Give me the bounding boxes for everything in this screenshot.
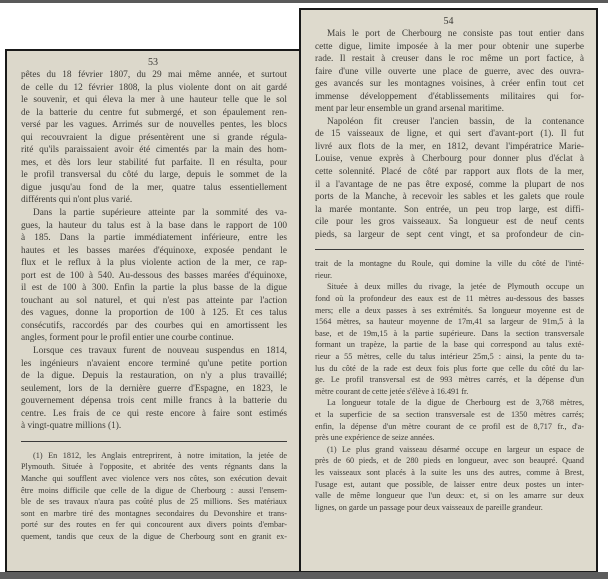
left-page: 53 pêtes du 18 février 1807, du 29 mai m…	[5, 49, 301, 573]
footnote-line: formant un trapèze, la partie de la base…	[315, 339, 584, 351]
text-line: cette digue, limite imposée à la mer pou…	[315, 41, 584, 54]
text-line: à vingt-quatre millions (1).	[21, 420, 287, 433]
text-line: de la digue. Depuis la restauration, on …	[21, 370, 287, 383]
text-line: rade. Il restait à creuser dans le roc m…	[315, 53, 584, 66]
text-line: Louise, venue exprès à Cherbourg pour do…	[315, 153, 584, 166]
text-line: les ingénieurs n'avaient encore terminé …	[21, 358, 287, 371]
footnote-line: et la superficie de sa section transvers…	[315, 409, 584, 421]
text-line: de celle du 12 février 1808, la plus vio…	[21, 82, 287, 95]
text-line: gouvernement dépensa trois cent mille fr…	[21, 395, 287, 408]
footnote-line: valle de même longueur que l'un deux: et…	[315, 490, 584, 502]
text-line: port est de 100 à 540. Au-dessous des ba…	[21, 270, 287, 283]
text-line: touchant au sol naturel, et qui n'est pa…	[21, 295, 287, 308]
footnote-line: Plymouth. Située à l'opposite, et abrité…	[21, 461, 287, 473]
page-number: 54	[301, 16, 596, 28]
footnote-line: mers; elle a deux passes à ses extrémité…	[315, 305, 584, 317]
text-line: Napoléon fit creuser l'ancien bassin, de…	[315, 116, 584, 129]
text-line: la marée montante. Son entrée, un peu tr…	[315, 204, 584, 217]
footnote-line: 1564 mètres, sa hauteur moyenne de 17m,4…	[315, 316, 584, 328]
text-line: il a l'avantage de ne pas être exposé, c…	[315, 179, 584, 192]
footnote-line: fond où la profondeur des eaux est de 11…	[315, 293, 584, 305]
text-line: pêtes du 18 février 1807, du 29 mai même…	[21, 69, 287, 82]
text-line: qui recouvraient la digue présentèrent u…	[21, 132, 287, 145]
text-line: versé par les vagues. Arrimés sur de nou…	[21, 119, 287, 132]
text-line: faire d'une ville ouverte une place de g…	[315, 66, 584, 79]
footnote-text: trait de la montagne du Roule, qui domin…	[301, 258, 596, 513]
text-line: de la batterie du centre fut submergé, e…	[21, 107, 287, 120]
footnote-line: (1) En 1812, les Anglais entreprirent, à…	[21, 450, 287, 462]
text-line: livré aux flots de la mer, en 1812, deva…	[315, 141, 584, 154]
footnote-line: base, et de 19m,15 à la partie supérieur…	[315, 328, 584, 340]
footnote-line: porté sur des routes en fer qui concoure…	[21, 519, 287, 531]
footnote-line: l'usage est, autant que possible, de lai…	[315, 479, 584, 491]
text-line: pieds, sa largeur de sept cent vingt, et…	[315, 229, 584, 242]
text-line: cile pour les gros vaisseaux. Sa longueu…	[315, 216, 584, 229]
text-line: il est de 100 à 300. Enfin la partie la …	[21, 282, 287, 295]
text-line: immense développement d'établissements m…	[315, 91, 584, 104]
footnote-line: rieur a 55 mètres, celle du talus intéri…	[315, 351, 584, 363]
text-line: ports de la Manche, à recevoir les sable…	[315, 191, 584, 204]
footnote-line: quement, tandis que ceux de la digue de …	[21, 531, 287, 543]
footnote-line: La longueur totale de la digue de Cherbo…	[315, 397, 584, 409]
footnote-line: ge. Le profil transversal est de 993 mèt…	[315, 374, 584, 386]
right-page: 54 Mais le port de Cherbourg ne consiste…	[299, 8, 598, 573]
text-line: consécutifs, raccordés par des courbes q…	[21, 320, 287, 333]
text-line: Lorsque ces travaux furent de nouveau su…	[21, 345, 287, 358]
footnote-line: sont en marbre tiré des montagnes second…	[21, 508, 287, 520]
text-line: digue jusqu'au fond de la mer, quatre ta…	[21, 182, 287, 195]
text-line: différents qui n'ont plus varié.	[21, 194, 287, 207]
page-body-text: Mais le port de Cherbourg ne consiste pa…	[301, 28, 596, 241]
footnote-divider	[21, 441, 287, 442]
text-line: seulement, lors de la dernière guerre d'…	[21, 383, 287, 396]
footnote-line: (1) Le plus grand vaisseau désarmé occup…	[315, 444, 584, 456]
text-line: Mais le port de Cherbourg ne consiste pa…	[315, 28, 584, 41]
text-line: cette solennité. Placé de côté par rappo…	[315, 166, 584, 179]
footnote-line: rieur.	[315, 270, 584, 282]
footnote-line: lignes, on garde un passage pour deux va…	[315, 502, 584, 514]
text-line: centre. Les frais de ce qui reste encore…	[21, 408, 287, 421]
footnote-line: près une expérience de seize années.	[315, 432, 584, 444]
page-number: 53	[7, 57, 299, 69]
text-line: des vagues, donne la proportion de 100 à…	[21, 307, 287, 320]
text-line: angles, forment pour le profil entier un…	[21, 332, 287, 345]
text-line: le profil transversal du côté du large, …	[21, 169, 287, 182]
window-bottom-bar	[0, 572, 608, 579]
footnote-text: (1) En 1812, les Anglais entreprirent, à…	[7, 450, 299, 543]
text-line: gues, la hauteur du talus est à la base …	[21, 220, 287, 233]
footnote-line: lus du côté de la rade est deux fois plu…	[315, 363, 584, 375]
text-line: Dans la partie supérieure atteinte par l…	[21, 207, 287, 220]
footnote-line: être moins difficile que celle de la dig…	[21, 485, 287, 497]
footnote-line: enfin, la dépense d'un mètre courant de …	[315, 421, 584, 433]
text-line: hautes et les basses marées d'équinoxe, …	[21, 245, 287, 258]
footnote-line: trait de la montagne du Roule, qui domin…	[315, 258, 584, 270]
text-line: ges avancés sur les montagnes voisines, …	[315, 78, 584, 91]
footnote-divider	[315, 249, 584, 250]
text-line: de 15 vaisseaux de ligne, et qui sert d'…	[315, 128, 584, 141]
footnote-line: mètre courant de cette jetée s'élève à 1…	[315, 386, 584, 398]
text-line: rité qu'ils paraissaient avoir été cimen…	[21, 144, 287, 157]
footnote-line: Manche qui soufflent avec violence vers …	[21, 473, 287, 485]
window-top-bar	[0, 0, 608, 3]
footnote-line: près de 60 pieds, et de 280 pieds en lon…	[315, 455, 584, 467]
text-line: flux et le reflux à la plus violente act…	[21, 257, 287, 270]
page-body-text: pêtes du 18 février 1807, du 29 mai même…	[7, 69, 299, 433]
text-line: ment par leur ensemble un grand arsenal …	[315, 103, 584, 116]
footnote-line: ble de ses travaux n'aura pas coûté plus…	[21, 496, 287, 508]
footnote-line: Située à deux milles du rivage, la jetée…	[315, 281, 584, 293]
text-line: à 185. Dans la partie immédiatement infé…	[21, 232, 287, 245]
text-line: le souvenir, et qui éleva la mer à une h…	[21, 94, 287, 107]
text-line: mes, et dès lors leur stabilité fut parf…	[21, 157, 287, 170]
footnote-line: les vaisseaux sont placés à la suite les…	[315, 467, 584, 479]
